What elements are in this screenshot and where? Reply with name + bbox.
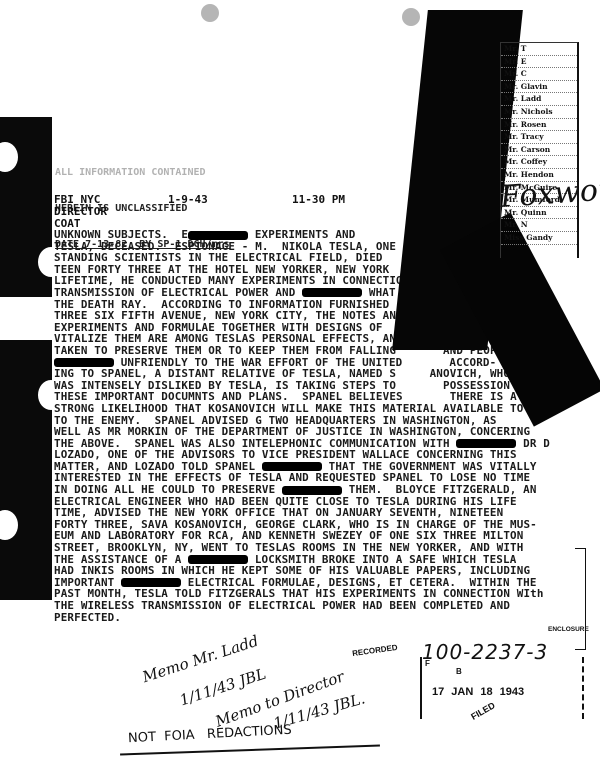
redaction-bar [54, 358, 114, 367]
redaction-bar [302, 288, 362, 297]
routing-slip-name: Mr. Glavin [501, 81, 577, 94]
enclosure-stamp: ENCLOSURE [548, 626, 589, 633]
body-line: WELL AS MR MORKIN OF THE DEPARTMENT OF J… [54, 426, 600, 438]
redaction-bar [188, 231, 248, 240]
routing-slip-name: Mr. N [501, 219, 577, 232]
footer-note: NOT FOIA REDACTIONS [128, 723, 292, 747]
routing-slip-name: Mr. Rosen [501, 119, 577, 132]
punch-mark [201, 4, 219, 22]
margin-bracket [575, 548, 586, 650]
body-line: STRONG LIKELIHOOD THAT KOSANOVICH WILL M… [54, 403, 600, 415]
body-line: PERFECTED. [54, 612, 600, 624]
routing-slip-name: Mr. Nichols [501, 106, 577, 119]
body-line: STREET, BROOKLYN, NY, WENT TO TESLAS ROO… [54, 542, 600, 554]
redaction-bar [188, 555, 248, 564]
redaction-bar [121, 578, 181, 587]
body-line: THE WIRELESS TRANSMISSION OF ELECTRICAL … [54, 600, 600, 612]
routing-slip: Mr. TMr. EMr. CMr. GlavinMr. LaddMr. Nic… [500, 42, 579, 258]
routing-slip-name: Miss Gandy [501, 232, 577, 245]
routing-slip-name: Mr. E [501, 56, 577, 69]
recorded-stamp: RECORDED [352, 643, 399, 658]
footer-underline [120, 744, 380, 755]
binder-strip [0, 117, 52, 297]
binder-strip [0, 340, 52, 600]
routing-slip-name: Mr. Ladd [501, 93, 577, 106]
punch-mark [402, 8, 420, 26]
routing-slip-name: Mr. Carson [501, 144, 577, 157]
header-time: 11-30 PM [292, 193, 345, 206]
redaction-bar [262, 462, 322, 471]
redaction-bar [282, 486, 342, 495]
redaction-bar [456, 439, 516, 448]
header-date: 1-9-43 [168, 193, 208, 206]
routing-slip-name: Mr. Tracy [501, 131, 577, 144]
body-line: IN DOING ALL HE COULD TO PRESERVE THEM. … [54, 484, 600, 496]
routing-slip-name: Mr. C [501, 68, 577, 81]
routing-slip-name: Mr. Coffey [501, 156, 577, 169]
file-box-letter: B [456, 667, 462, 676]
routing-slip-name: Mr. T [501, 43, 577, 56]
file-box-letter: F [425, 659, 430, 668]
indexed-date-stamp: 17 JAN 18 1943 [432, 686, 524, 698]
